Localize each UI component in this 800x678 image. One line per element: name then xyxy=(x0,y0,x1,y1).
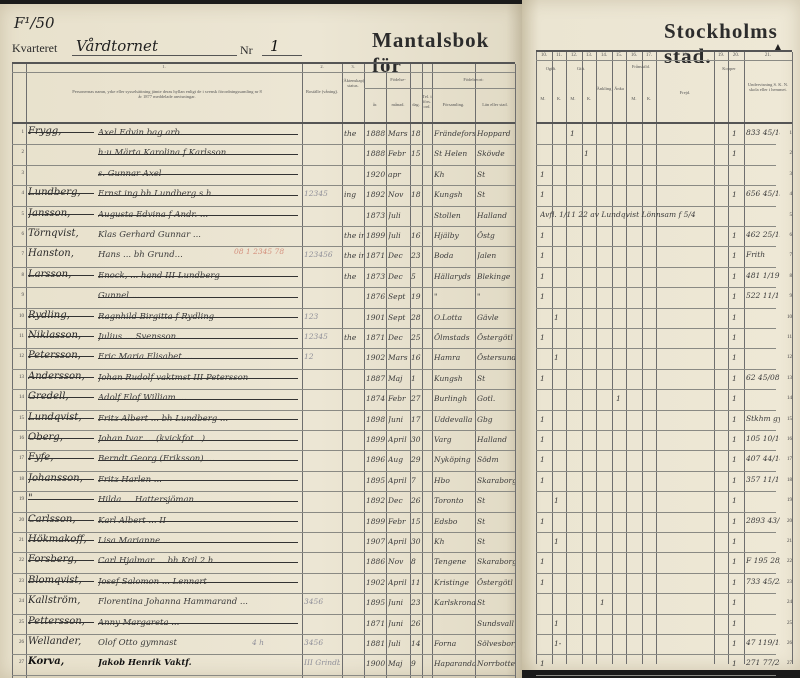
birth-day: 23 xyxy=(411,598,422,607)
ogift-k-mark: 1 xyxy=(554,313,559,322)
birth-year: 1899 xyxy=(366,517,386,526)
row-rule xyxy=(536,246,776,247)
birth-parish: Hbo xyxy=(434,476,475,485)
row-rule xyxy=(12,206,515,207)
education-note: F 195 28/07 xyxy=(746,556,780,565)
column-divider xyxy=(515,64,516,678)
row-number: 11 xyxy=(778,335,792,340)
birth-month: Nov xyxy=(388,557,410,566)
col8-header: Församling. xyxy=(432,102,475,107)
birth-year: 1886 xyxy=(366,557,386,566)
row-number: 27 xyxy=(778,661,792,666)
surname: Wellander, xyxy=(28,636,94,647)
pencil-number: 3456 xyxy=(304,597,340,606)
row-rule xyxy=(536,512,776,513)
given-names-occupation: Klas Gerhard Gunnar ... xyxy=(98,230,298,240)
gift-m-mark: 1 xyxy=(570,129,575,138)
birth-parish: Tengene xyxy=(434,557,475,566)
vaccinated-mark: 1 xyxy=(732,557,737,566)
sex-header: K. xyxy=(552,96,566,101)
birth-month: Mars xyxy=(388,353,410,362)
birth-parish: Forna xyxy=(434,639,475,648)
birth-parish: O.Lotta xyxy=(434,313,475,322)
birth-year: 1920 xyxy=(366,170,386,179)
row-rule xyxy=(536,165,776,166)
row-number: 1 xyxy=(778,131,792,136)
given-names-occupation: Jakob Henrik Vaktf. xyxy=(98,658,298,668)
birth-month: Dec xyxy=(388,333,410,342)
ogift-m-mark: 1 xyxy=(540,659,545,668)
birth-year: 1876 xyxy=(366,292,386,301)
birth-parish: Boda xyxy=(434,251,475,260)
col15-header: Änka xyxy=(612,86,626,91)
surname: " xyxy=(28,493,94,504)
given-names-occupation: Carl Hjalmar ... bh Kril 2 h xyxy=(98,556,298,566)
birth-county: Norrbotten xyxy=(477,659,515,668)
birth-parish: Kungsh xyxy=(434,190,475,199)
ogift-k-mark: 1 xyxy=(554,496,559,505)
vaccinated-mark: 1 xyxy=(732,435,737,444)
birth-day: 1 xyxy=(411,374,422,383)
row-number: 12 xyxy=(10,354,24,359)
ogift-m-mark: 1 xyxy=(540,557,545,566)
birth-county: Östersund xyxy=(477,353,515,362)
right-colnum: 10. xyxy=(536,53,552,58)
row-number: 7 xyxy=(10,252,24,257)
ogift-k-mark: 1 xyxy=(554,353,559,362)
row-number: 7 xyxy=(778,253,792,258)
given-names-occupation: Anny Margareta ... xyxy=(98,618,298,628)
birth-day: 9 xyxy=(411,659,422,668)
birth-year: 1873 xyxy=(366,211,386,220)
birth-parish: Karlskrona xyxy=(434,598,475,607)
birth-day: 16 xyxy=(411,353,422,362)
birth-month: Juli xyxy=(388,211,410,220)
surname: Petersson, xyxy=(28,350,94,361)
ogift-k-mark: 1- xyxy=(554,639,561,648)
col18-header: Frejd. xyxy=(656,90,714,95)
vaccinated-mark: 1 xyxy=(732,190,737,199)
row-rule xyxy=(536,471,776,472)
birth-parish: Hjälby xyxy=(434,231,475,240)
ogift-m-mark: 1 xyxy=(540,455,545,464)
pencil-number: 123 xyxy=(304,312,340,321)
sex-header: M. xyxy=(626,96,642,101)
civil-status: the ing xyxy=(344,251,364,260)
surname: Andersson, xyxy=(28,371,94,382)
row-rule xyxy=(536,491,776,492)
ogift-m-mark: 1 xyxy=(540,170,545,179)
birth-year: 1896 xyxy=(366,455,386,464)
row-rule xyxy=(536,532,776,533)
birth-year: 1898 xyxy=(366,415,386,424)
birth-day: 27 xyxy=(411,394,422,403)
birth-month: Juli xyxy=(388,639,410,648)
vaccinated-mark: 1 xyxy=(732,272,737,281)
birth-parish: Kristinge xyxy=(434,578,475,587)
birth-day: 25 xyxy=(411,333,422,342)
row-number: 9 xyxy=(778,294,792,299)
row-rule xyxy=(12,348,515,349)
row-number: 5 xyxy=(10,212,24,217)
surname: Jansson, xyxy=(28,208,94,219)
row-number: 24 xyxy=(778,600,792,605)
surname: Gredell, xyxy=(28,391,94,402)
birth-day: 15 xyxy=(411,517,422,526)
vaccinated-mark: 1 xyxy=(732,292,737,301)
col7-header: Tel. i förs. ord. xyxy=(422,94,432,109)
row-number: 15 xyxy=(10,416,24,421)
given-names-occupation: Berndt Georg (Eriksson) ... xyxy=(98,454,298,464)
row-rule xyxy=(12,430,515,431)
nr-label: Nr xyxy=(240,43,253,58)
header-divider xyxy=(12,72,515,73)
education-note: 733 45/23 xyxy=(746,577,780,586)
vaccinated-mark: 1 xyxy=(732,598,737,607)
row-number: 23 xyxy=(10,579,24,584)
ledger-left-page: F¹/50 Kvarteret Vårdtornet Nr 1 Mantalsb… xyxy=(0,4,522,678)
birth-month: Dec xyxy=(388,251,410,260)
row-number: 9 xyxy=(10,293,24,298)
row-rule xyxy=(12,552,515,553)
col9-header: Län eller stad. xyxy=(475,102,515,107)
column-divider xyxy=(302,64,303,678)
birth-county: St xyxy=(477,190,515,199)
vaccinated-mark: 1 xyxy=(732,639,737,648)
kopper-header: Kopper xyxy=(714,66,744,71)
given-names-occupation: Karl Albert ... II xyxy=(98,516,298,526)
education-note: 105 10/10 xyxy=(746,434,780,443)
vaccinated-mark: 1 xyxy=(732,455,737,464)
row-rule xyxy=(12,144,515,145)
row-rule xyxy=(536,634,776,635)
birth-day: 30 xyxy=(411,537,422,546)
civil-status: the xyxy=(344,272,364,281)
column-divider xyxy=(364,64,365,678)
row-rule xyxy=(536,206,776,207)
education-note: 357 11/17 xyxy=(746,475,780,484)
row-number: 3 xyxy=(778,172,792,177)
row-number: 21 xyxy=(778,539,792,544)
row-number: 11 xyxy=(10,334,24,339)
birth-county: St xyxy=(477,496,515,505)
vaccinated-mark: 1 xyxy=(732,251,737,260)
civil-status: the xyxy=(344,129,364,138)
other-mark: 1 xyxy=(600,598,605,607)
col2-header: Boställe (våning). xyxy=(302,89,342,94)
folio-number: F¹/50 xyxy=(14,14,55,32)
row-number: 5 xyxy=(778,213,792,218)
column-divider xyxy=(475,64,476,678)
education-note: 522 11/17 xyxy=(746,291,780,300)
col3-header: (Äktenskap) status. xyxy=(342,78,364,88)
education-note: Avfl. 1/11 22 av Lundqvist Lönnsam f 5/4 xyxy=(540,210,776,219)
pencil-number: 12345 xyxy=(304,189,340,198)
row-rule xyxy=(536,389,776,390)
birth-month: Juli xyxy=(388,231,410,240)
given-names-occupation: Johan Ivar ... (kvickfot...) xyxy=(98,434,298,444)
sex-header: K. xyxy=(582,96,596,101)
birth-parish: Burlingh xyxy=(434,394,475,403)
kvarteret-underline xyxy=(72,55,237,56)
birth-year: 1888 xyxy=(366,149,386,158)
row-rule xyxy=(12,369,515,370)
col4-header: år. xyxy=(364,102,386,107)
vaccinated-mark: 1 xyxy=(732,313,737,322)
birth-year: 1902 xyxy=(366,353,386,362)
row-rule xyxy=(536,552,776,553)
nr-value: 1 xyxy=(270,37,280,55)
birth-county: Skaraborg xyxy=(477,476,515,485)
row-rule xyxy=(12,471,515,472)
vaccinated-mark: 1 xyxy=(732,231,737,240)
given-names-occupation: Fritz Harlen ... xyxy=(98,475,298,485)
vaccinated-mark: 1 xyxy=(732,374,737,383)
birth-parish: Kh xyxy=(434,170,475,179)
row-rule xyxy=(12,389,515,390)
pencil-number: 123456 xyxy=(304,250,340,259)
birth-parish: Haparanda xyxy=(434,659,475,668)
row-rule xyxy=(12,593,515,594)
row-number: 1 xyxy=(10,130,24,135)
row-rule xyxy=(12,532,515,533)
given-names-occupation: h:u Märta Karolina f Karlsson xyxy=(98,148,298,158)
row-number: 23 xyxy=(778,580,792,585)
pencil-number: 12345 xyxy=(304,332,340,341)
given-names-occupation: Gunnel ... xyxy=(98,291,298,301)
birth-parish: Hällaryds xyxy=(434,272,475,281)
education-note: 62 45/08 xyxy=(746,373,780,382)
row-rule xyxy=(536,267,776,268)
education-note: 481 1/19 xyxy=(746,271,780,280)
birth-county: Skövde xyxy=(477,149,515,158)
row-number: 10 xyxy=(10,314,24,319)
birth-parish: Stollen xyxy=(434,211,475,220)
birth-parish: Hamra xyxy=(434,353,475,362)
vaccinated-mark: 1 xyxy=(732,394,737,403)
birth-year: 1901 xyxy=(366,313,386,322)
given-names-occupation: Augusta Edvina f Andr. ... xyxy=(98,210,298,220)
birth-month: Dec xyxy=(388,496,410,505)
birth-group-header: Födelse- xyxy=(364,77,432,82)
row-number: 13 xyxy=(778,376,792,381)
birth-county: " xyxy=(477,292,515,301)
row-number: 8 xyxy=(778,274,792,279)
birth-month: Juni xyxy=(388,619,410,628)
ogift-m-mark: 1 xyxy=(540,435,545,444)
given-names-occupation: s. Gunnar Axel xyxy=(98,169,298,179)
birth-day: 8 xyxy=(411,557,422,566)
birth-year: 1887 xyxy=(366,374,386,383)
education-note: 407 44/18 xyxy=(746,454,780,463)
birth-county: St xyxy=(477,374,515,383)
row-rule xyxy=(12,308,515,309)
right-colnum: 13. xyxy=(582,53,596,58)
row-rule xyxy=(12,287,515,288)
right-colnum: 14. xyxy=(596,53,612,58)
vaccinated-mark: 1 xyxy=(732,659,737,668)
ogift-m-mark: 1 xyxy=(540,374,545,383)
given-names-occupation: Julius ... Svensson xyxy=(98,332,298,342)
surname: Johansson, xyxy=(28,473,94,484)
education-note: Stkhm gymnasium 102 14/18 xyxy=(746,414,780,423)
birth-year: 1873 xyxy=(366,272,386,281)
ogift-m-mark: 1 xyxy=(540,476,545,485)
row-number: 25 xyxy=(10,620,24,625)
row-rule xyxy=(536,328,776,329)
row-number: 16 xyxy=(10,436,24,441)
ogift-m-mark: 1 xyxy=(540,333,545,342)
birth-year: 1871 xyxy=(366,333,386,342)
birth-county: Sundsvall xyxy=(477,619,515,628)
vaccinated-mark: 1 xyxy=(732,476,737,485)
row-number: 17 xyxy=(10,456,24,461)
header-divider xyxy=(536,60,792,61)
surname: Frygg, xyxy=(28,126,94,137)
ledger-right-page: Stockholms stad. ▲ 10.11.12.13.14.15.16.… xyxy=(522,0,800,670)
birth-day: 29 xyxy=(411,455,422,464)
row-rule xyxy=(12,491,515,492)
ogift-m-mark: 1 xyxy=(540,251,545,260)
row-rule xyxy=(12,614,515,615)
row-number: 18 xyxy=(10,477,24,482)
birth-day: 26 xyxy=(411,619,422,628)
education-note: 271 77/20 xyxy=(746,658,780,667)
vaccinated-mark: 1 xyxy=(732,578,737,587)
birth-day: 18 xyxy=(411,129,422,138)
birth-year: 1902 xyxy=(366,578,386,587)
surname: Kallström, xyxy=(28,595,94,606)
birth-parish: Frändefors xyxy=(434,129,475,138)
birth-county: St xyxy=(477,517,515,526)
row-rule xyxy=(536,287,776,288)
franskild-header: Frånskild. xyxy=(626,64,656,69)
surname: Forsberg, xyxy=(28,554,94,565)
surname: Lundqvist, xyxy=(28,412,94,423)
civil-status: ing xyxy=(344,190,364,199)
ogift-k-mark: 1 xyxy=(554,537,559,546)
given-names-occupation: Ernst ing bh Lundberg s.h. xyxy=(98,189,298,199)
row-number: 26 xyxy=(10,640,24,645)
birth-month: Mars xyxy=(388,129,410,138)
row-number: 13 xyxy=(10,375,24,380)
education-note: Frith xyxy=(746,250,780,259)
header-bottom-rule xyxy=(12,122,515,124)
birth-month: Maj xyxy=(388,374,410,383)
gift-k-mark: 1 xyxy=(584,149,589,158)
right-colnum: 12. xyxy=(566,53,582,58)
given-names-occupation: Axel Edvin bag.arb. xyxy=(98,128,298,138)
vaccinated-mark: 1 xyxy=(732,333,737,342)
birth-month: April xyxy=(388,435,410,444)
birth-parish: Kungsh xyxy=(434,374,475,383)
ogift-k-mark: 1 xyxy=(554,619,559,628)
given-names-occupation: Fritz Albert ... bh Lundberg ... xyxy=(98,414,298,424)
row-number: 12 xyxy=(778,355,792,360)
subheader-divider xyxy=(364,88,515,89)
birth-county: Hoppard xyxy=(477,129,515,138)
birth-county: Halland xyxy=(477,211,515,220)
birth-parish: Nyköping xyxy=(434,455,475,464)
birth-month: Nov xyxy=(388,190,410,199)
row-rule xyxy=(536,369,776,370)
surname: Niklasson, xyxy=(28,330,94,341)
birth-county: Skaraborg xyxy=(477,557,515,566)
row-number: 8 xyxy=(10,273,24,278)
header-bottom-rule xyxy=(536,122,792,124)
ledger-table-left: 1.Personernas namn, yrke eller sysselsät… xyxy=(12,62,515,678)
birth-parish: Uddevalla xyxy=(434,415,475,424)
row-number: 19 xyxy=(10,497,24,502)
row-number: 16 xyxy=(778,437,792,442)
row-number: 4 xyxy=(778,192,792,197)
row-rule xyxy=(12,675,515,676)
birth-year: 1892 xyxy=(366,190,386,199)
red-pencil-note: 08 1 2345 78 xyxy=(234,247,294,256)
birth-parish: " xyxy=(434,292,475,301)
ogift-m-mark: 1 xyxy=(540,231,545,240)
col1-header: Personernas namn, yrke eller sysselsättn… xyxy=(72,89,262,99)
row-rule xyxy=(536,144,776,145)
row-number: 26 xyxy=(778,641,792,646)
birth-county: Gbg xyxy=(477,415,515,424)
birth-year: 1871 xyxy=(366,619,386,628)
ogift-m-mark: 1 xyxy=(540,578,545,587)
row-rule xyxy=(536,614,776,615)
education-note: 656 45/13 xyxy=(746,189,780,198)
birth-day: 26 xyxy=(411,496,422,505)
birth-county: Halland xyxy=(477,435,515,444)
row-number: 21 xyxy=(10,538,24,543)
column-divider xyxy=(26,64,27,678)
birth-county: Gotl. xyxy=(477,394,515,403)
row-rule xyxy=(12,226,515,227)
vaccinated-mark: 1 xyxy=(732,415,737,424)
pencil-number: III Grindberg xyxy=(304,658,340,667)
row-rule xyxy=(536,593,776,594)
vaccinated-mark: 1 xyxy=(732,129,737,138)
birth-parish: Toronto xyxy=(434,496,475,505)
given-names-occupation: Ragnhild Birgitta f Rydling xyxy=(98,312,298,322)
surname: Korva, xyxy=(28,656,94,667)
birth-parish: Kh xyxy=(434,537,475,546)
birth-day: 17 xyxy=(411,415,422,424)
column-divider xyxy=(792,52,793,664)
surname: Rydling, xyxy=(28,310,94,321)
given-names-occupation: Josef Salomon ... Lennart xyxy=(98,577,298,587)
right-colnum: 21. xyxy=(744,53,792,58)
other-mark: 1 xyxy=(616,394,621,403)
row-number: 20 xyxy=(778,519,792,524)
given-names-occupation: Florentina Johanna Hammarand ... xyxy=(98,597,298,607)
birth-day: 19 xyxy=(411,292,422,301)
column-divider xyxy=(422,64,423,678)
pencil-number: 12 xyxy=(304,352,340,361)
kvarteret-value: Vårdtornet xyxy=(76,37,158,55)
surname: Pettersson, xyxy=(28,616,94,627)
row-rule xyxy=(536,348,776,349)
row-rule xyxy=(536,185,776,186)
row-number: 6 xyxy=(10,232,24,237)
right-colnum: 11. xyxy=(552,53,566,58)
surname: Öberg, xyxy=(28,432,94,443)
col5-header: månad. xyxy=(386,102,410,107)
row-number: 27 xyxy=(10,660,24,665)
ogift-header: Ogift. xyxy=(536,66,566,71)
birth-month: Dec xyxy=(388,272,410,281)
birth-month: Febr xyxy=(388,149,410,158)
birth-parish: St Helen xyxy=(434,149,475,158)
